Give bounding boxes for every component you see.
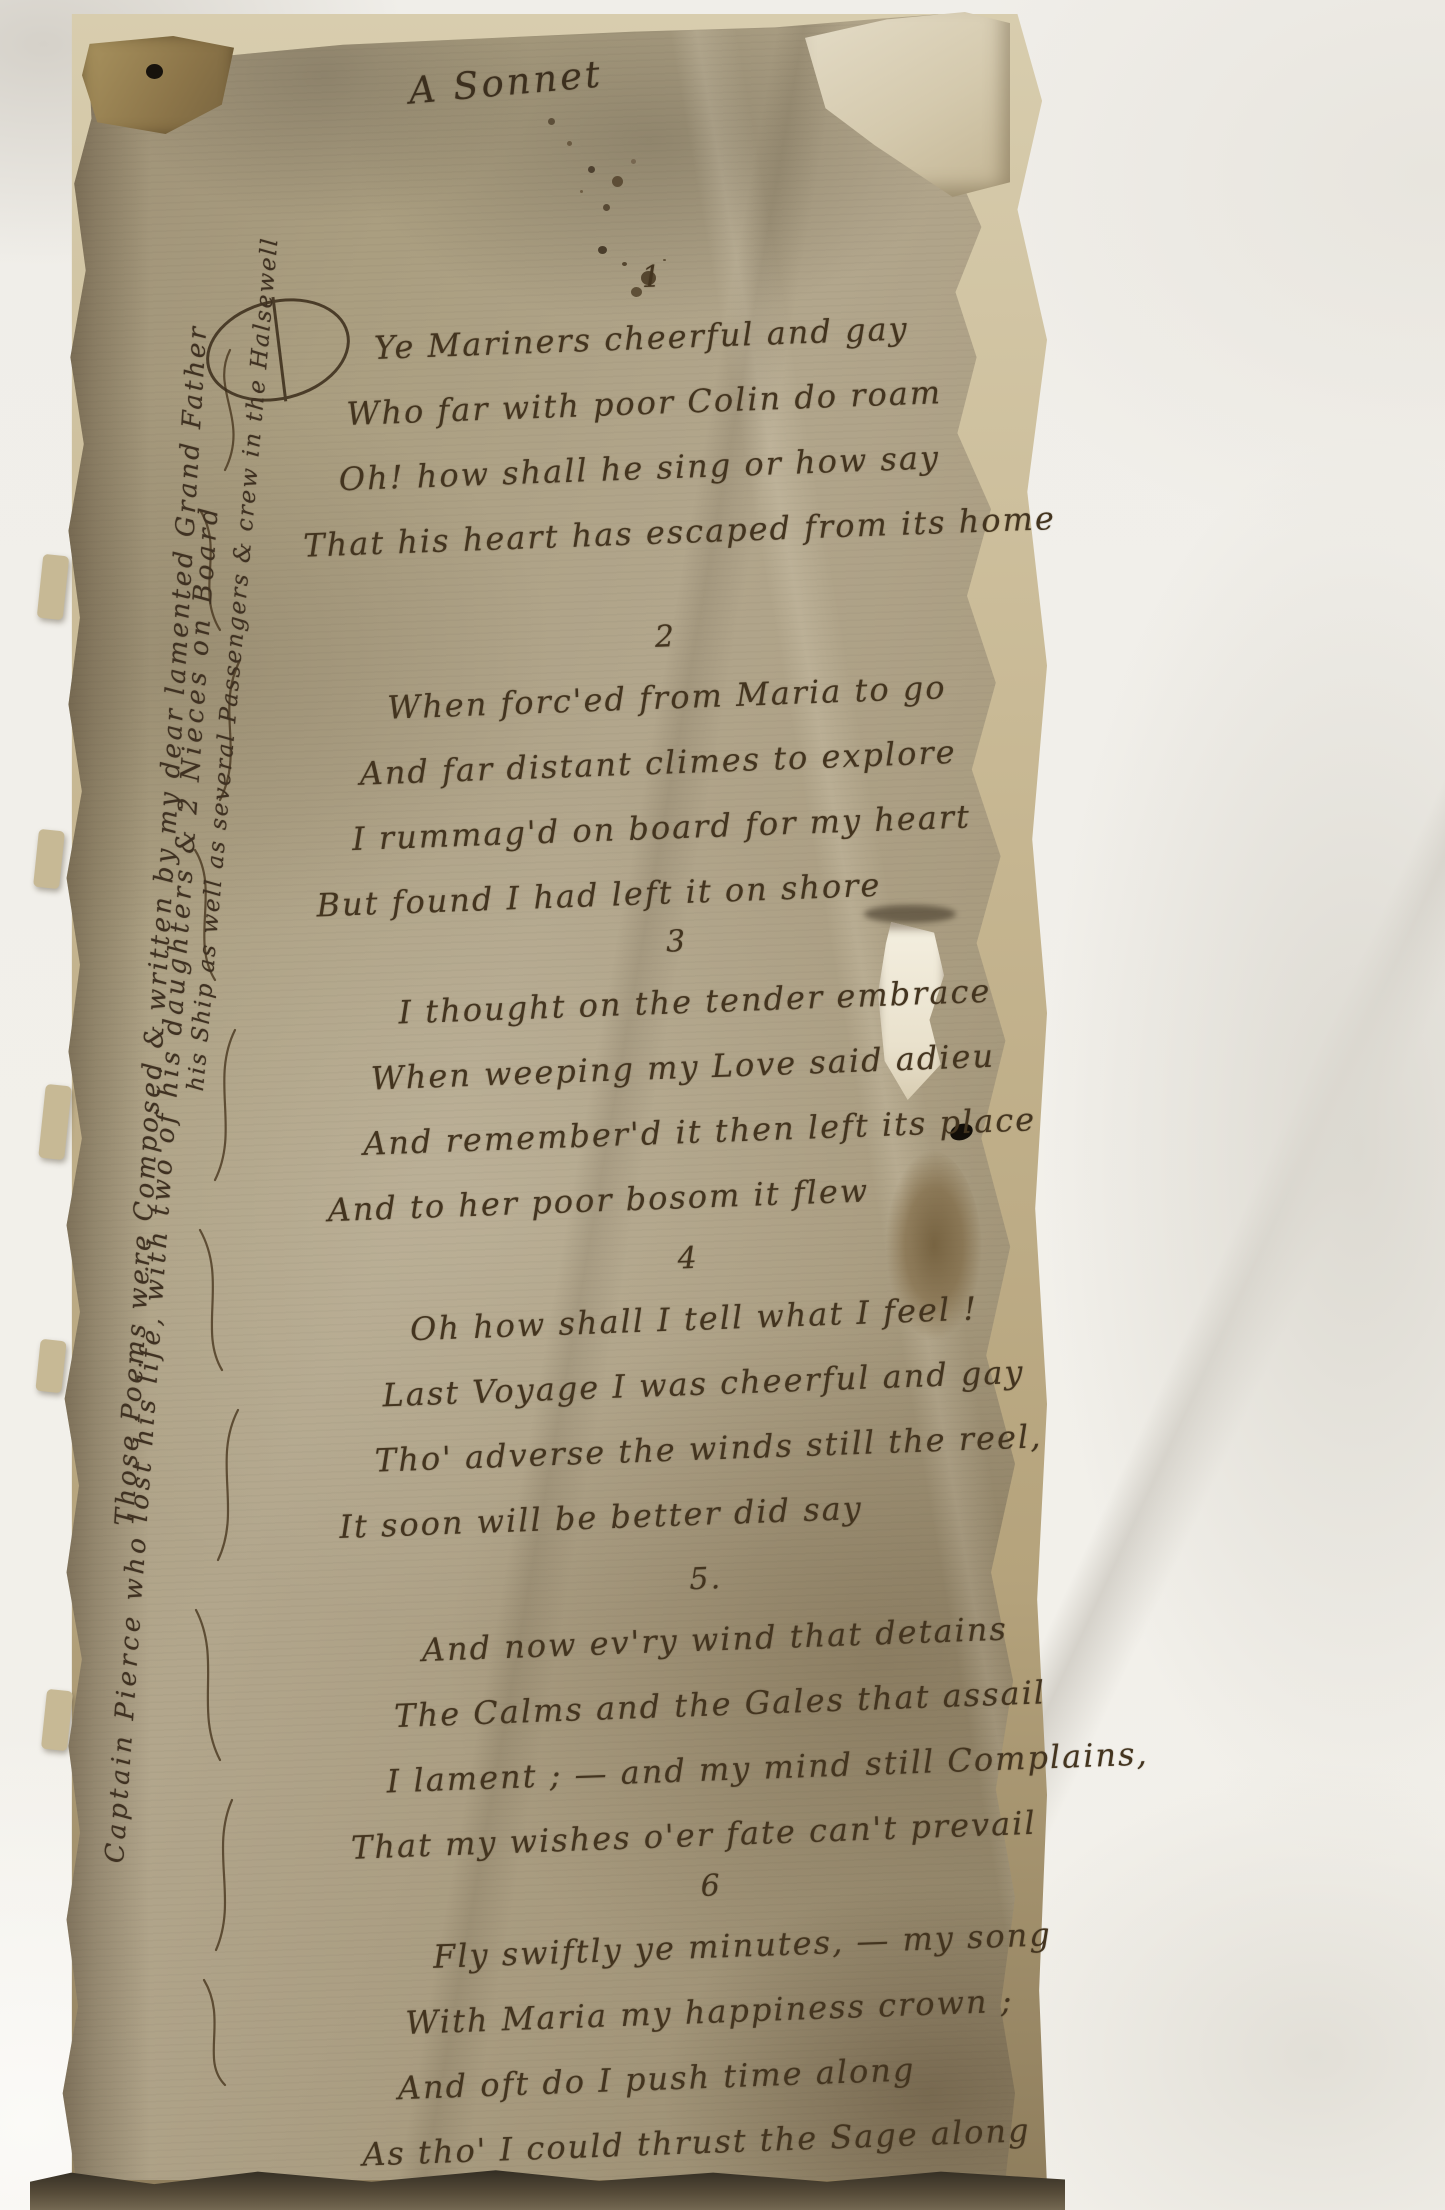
- spine-torn-tab: [41, 1689, 73, 1751]
- spine-torn-tab: [38, 1084, 72, 1160]
- ink-flourish-stroke: [272, 297, 288, 402]
- manuscript-photo: Those Poems were Composed & written by m…: [0, 0, 1445, 2210]
- ink-blot-top-left: [146, 64, 163, 79]
- ink-specks-cluster: [598, 246, 607, 254]
- tear-shadow: [864, 905, 956, 923]
- spine-torn-tab: [37, 554, 70, 620]
- spine-torn-tab: [35, 1339, 66, 1393]
- spine-torn-tab: [33, 829, 65, 889]
- ink-specks-near-title: [548, 118, 555, 125]
- margin-pen-flourishes: [170, 330, 280, 2090]
